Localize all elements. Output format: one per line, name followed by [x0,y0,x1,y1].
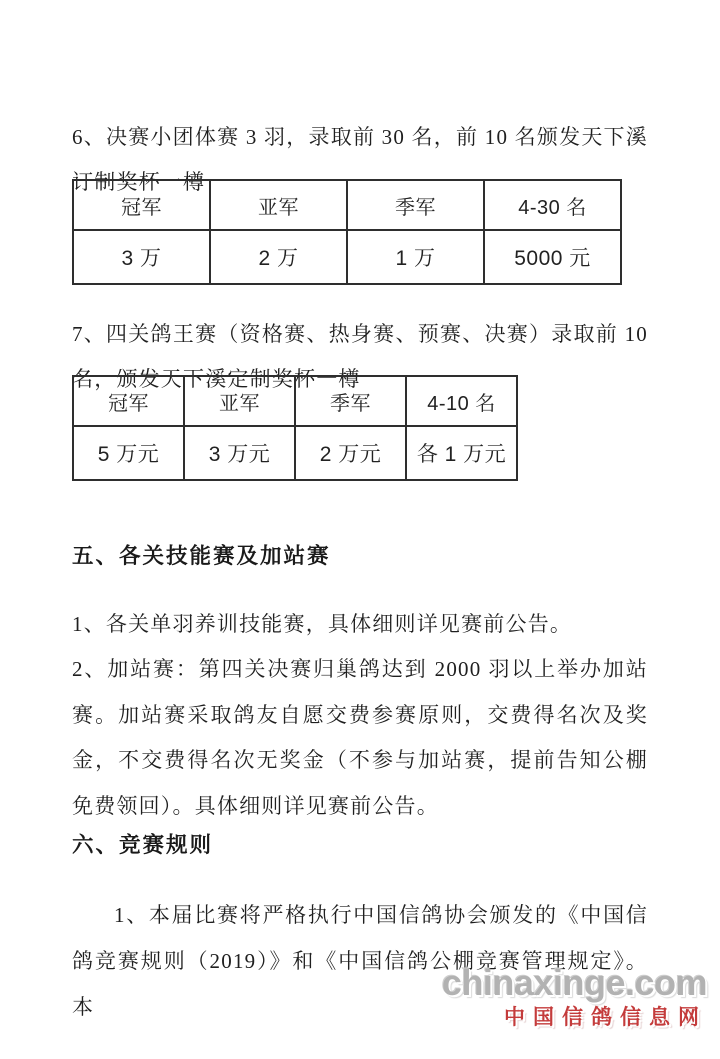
table-value-cell: 5 万元 [73,426,184,480]
table-value-cell: 3 万 [73,230,210,284]
section-heading-6: 六、竞赛规则 [72,828,213,859]
table-value-row: 3 万 2 万 1 万 5000 元 [73,230,621,284]
table-header-cell: 季军 [295,376,406,426]
table-header-cell: 亚军 [184,376,295,426]
table-header-cell: 4-10 名 [406,376,517,426]
table-header-cell: 冠军 [73,376,184,426]
table-value-cell: 3 万元 [184,426,295,480]
prize-table-four-race-king: 冠军 亚军 季军 4-10 名 5 万元 3 万元 2 万元 各 1 万元 [72,375,518,481]
watermark-site-name-text: 中国信鸽信息网 [442,1005,707,1031]
table-header-cell: 4-30 名 [484,180,621,230]
prize-table-final-small-team: 冠军 亚军 季军 4-30 名 3 万 2 万 1 万 5000 元 [72,179,622,285]
table-value-cell: 2 万元 [295,426,406,480]
paragraph-section5-item1: 1、各关单羽养训技能赛，具体细则详见赛前公告。 [72,602,648,647]
table-header-cell: 亚军 [210,180,347,230]
table-header-cell: 冠军 [73,180,210,230]
table-value-cell: 2 万 [210,230,347,284]
table-header-row: 冠军 亚军 季军 4-10 名 [73,376,517,426]
table-header-row: 冠军 亚军 季军 4-30 名 [73,180,621,230]
document-page: 6、决赛小团体赛 3 羽，录取前 30 名，前 10 名颁发天下溪订制奖杯一樽 … [0,0,720,1059]
table-header-cell: 季军 [347,180,484,230]
table-value-cell: 5000 元 [484,230,621,284]
watermark-domain-text: chinaxinge.com [442,962,707,1004]
section-heading-5: 五、各关技能赛及加站赛 [72,539,331,570]
paragraph-section5-item2: 2、加站赛：第四关决赛归巢鸽达到 2000 羽以上举办加站赛。加站赛采取鸽友自愿… [72,647,648,829]
table-value-row: 5 万元 3 万元 2 万元 各 1 万元 [73,426,517,480]
table-value-cell: 各 1 万元 [406,426,517,480]
watermark: chinaxinge.com 中国信鸽信息网 [442,962,707,1031]
table-value-cell: 1 万 [347,230,484,284]
